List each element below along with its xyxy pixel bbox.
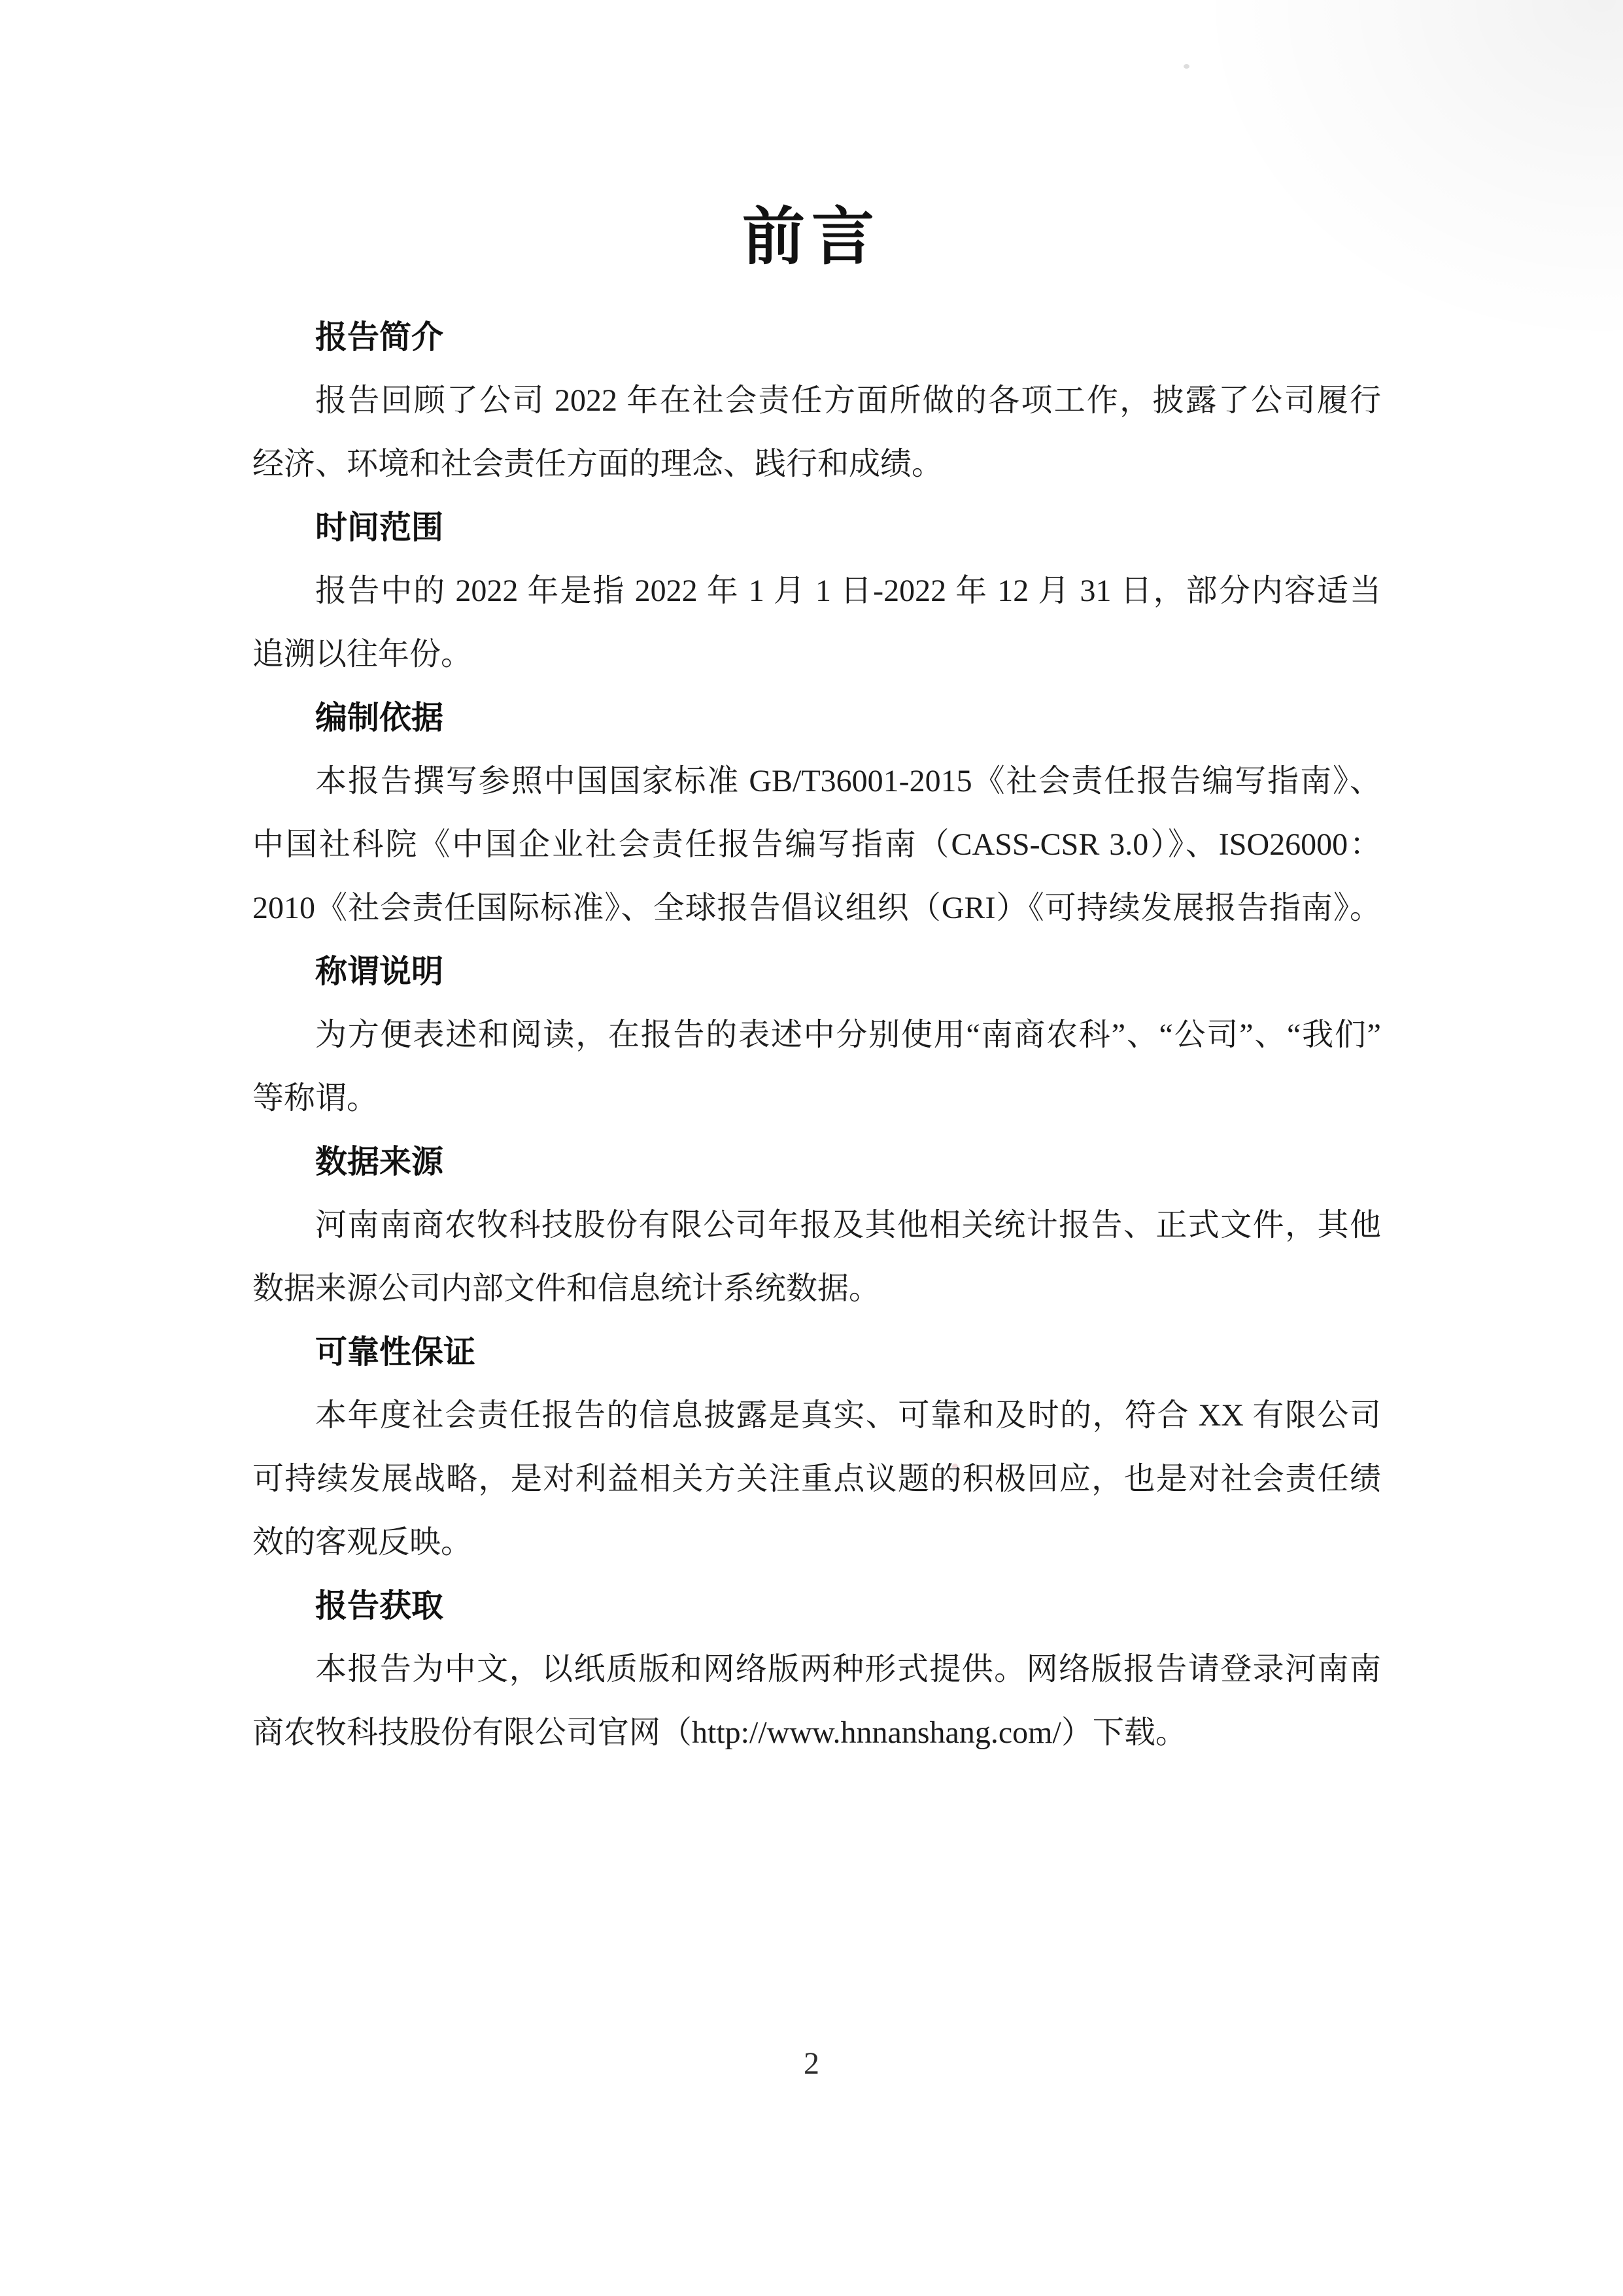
- scan-speck: [1184, 64, 1189, 69]
- paragraph-line: 商农牧科技股份有限公司官网（http://www.hnnanshang.com/…: [252, 1701, 1381, 1764]
- report-page: 前言 报告简介 报告回顾了公司 2022 年在社会责任方面所做的各项工作，披露了…: [0, 0, 1623, 2296]
- paragraph-line: 中国社科院《中国企业社会责任报告编写指南（CASS-CSR 3.0）》、ISO2…: [252, 813, 1381, 876]
- paragraph-line: 2010《社会责任国际标准》、全球报告倡议组织（GRI）《可持续发展报告指南》。: [252, 876, 1381, 940]
- section-heading: 报告获取: [252, 1574, 1381, 1637]
- section-heading: 时间范围: [252, 496, 1381, 559]
- paragraph-line: 效的客观反映。: [252, 1511, 1381, 1574]
- paragraph-line: 经济、环境和社会责任方面的理念、践行和成绩。: [252, 432, 1381, 496]
- page-title: 前言: [0, 201, 1623, 273]
- paragraph-line: 报告中的 2022 年是指 2022 年 1 月 1 日-2022 年 12 月…: [252, 559, 1381, 623]
- section-heading: 报告简介: [252, 305, 1381, 369]
- paragraph-line: 等称谓。: [252, 1067, 1381, 1130]
- section-heading: 称谓说明: [252, 940, 1381, 1003]
- document-body: 报告简介 报告回顾了公司 2022 年在社会责任方面所做的各项工作，披露了公司履…: [252, 305, 1381, 1764]
- paragraph-line: 追溯以往年份。: [252, 623, 1381, 686]
- paragraph-line: 本报告撰写参照中国国家标准 GB/T36001-2015《社会责任报告编写指南》…: [252, 749, 1381, 813]
- paragraph-line: 数据来源公司内部文件和信息统计系统数据。: [252, 1257, 1381, 1320]
- paragraph-line: 本报告为中文，以纸质版和网络版两种形式提供。网络版报告请登录河南南: [252, 1637, 1381, 1701]
- paragraph-line: 本年度社会责任报告的信息披露是真实、可靠和及时的，符合 XX 有限公司: [252, 1384, 1381, 1447]
- section-heading: 可靠性保证: [252, 1320, 1381, 1384]
- paragraph-line: 河南南商农牧科技股份有限公司年报及其他相关统计报告、正式文件，其他: [252, 1193, 1381, 1257]
- scan-shadow-topright: [1204, 0, 1623, 340]
- paragraph-line: 可持续发展战略，是对利益相关方关注重点议题的积极回应，也是对社会责任绩: [252, 1447, 1381, 1511]
- section-heading: 编制依据: [252, 686, 1381, 749]
- page-number: 2: [0, 2044, 1623, 2083]
- section-heading: 数据来源: [252, 1130, 1381, 1193]
- paragraph-line: 为方便表述和阅读，在报告的表述中分别使用“南商农科”、“公司”、“我们”: [252, 1003, 1381, 1067]
- paragraph-line: 报告回顾了公司 2022 年在社会责任方面所做的各项工作，披露了公司履行: [252, 369, 1381, 432]
